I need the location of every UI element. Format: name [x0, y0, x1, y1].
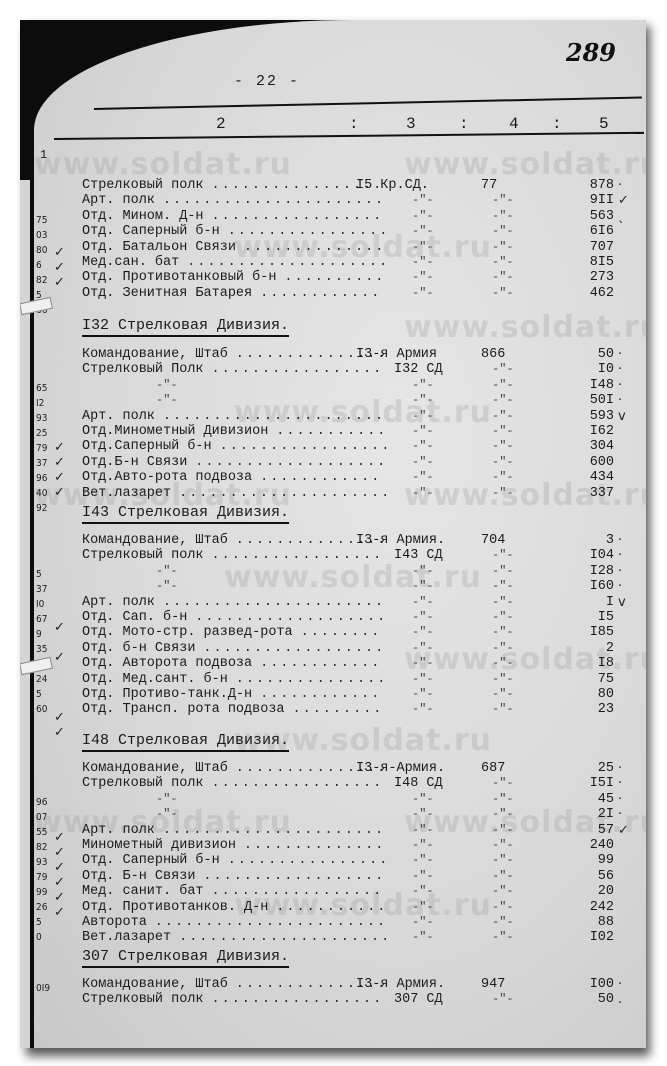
record-count: I02 [564, 930, 614, 945]
army-division: -"- [412, 595, 434, 610]
section-title: I43 Стрелковая Дивизия. [82, 504, 289, 524]
field-post-number: -"- [492, 486, 514, 501]
army-division: -"- [412, 807, 434, 822]
unit-name: -"- [156, 807, 178, 822]
record-count: 240 [564, 838, 614, 853]
record-count: I8 [564, 656, 614, 671]
margin-number: 37 [36, 458, 47, 469]
army-division: -"- [412, 470, 434, 485]
unit-name: Отд. Авторота подвоза [82, 656, 252, 671]
army-division: -"- [412, 838, 434, 853]
margin-check-icon: ✓ [54, 440, 65, 455]
unit-name: Арт. полк [82, 409, 155, 424]
leader-dots: ................. [212, 884, 384, 899]
table-row: -"--"--"-I28· [34, 564, 646, 579]
margin-check-icon: ✓ [54, 710, 65, 725]
leader-dots: ............ [260, 656, 381, 671]
army-division: -"- [412, 930, 434, 945]
table-row: Отд. Противо-танк.Д-н............-"--"-8… [34, 687, 646, 702]
table-row: Мед.сан. бат....................-"--"-8I… [34, 255, 646, 270]
field-post-number: -"- [492, 595, 514, 610]
unit-name: Отд. Трансп. рота подвоза [82, 702, 285, 717]
table-row: Отд. Мото-стр. развед-рота........-"--"-… [34, 625, 646, 640]
margin-number: 92 [36, 503, 47, 514]
unit-name: Арт. полк [82, 595, 155, 610]
field-post-number: -"- [492, 240, 514, 255]
record-count: I48 [564, 378, 614, 393]
leader-dots: ............ [260, 687, 381, 702]
field-post-number: -"- [492, 687, 514, 702]
table-row: Отд. Противотанков. Д-н...........-"--"-… [34, 900, 646, 915]
table-row: Минометный дивизион..............-"--"-2… [34, 838, 646, 853]
field-post-number: -"- [492, 393, 514, 408]
column-header-2: 2 [216, 115, 226, 133]
army-division: I3-я Армия. [356, 533, 445, 548]
tick-mark: · [618, 977, 622, 992]
army-division: -"- [412, 915, 434, 930]
record-count: I62 [564, 424, 614, 439]
leader-dots: ............... [236, 672, 388, 687]
record-count: 8I5 [564, 255, 614, 270]
record-count: 304 [564, 439, 614, 454]
margin-check-icon: ✓ [54, 275, 65, 290]
unit-name: Стрелковый Полк [82, 362, 204, 377]
record-count: 25 [564, 761, 614, 776]
leader-dots: ...................... [163, 823, 385, 838]
unit-name: Командование, Штаб [82, 347, 228, 362]
army-division: -"- [412, 641, 434, 656]
army-division: -"- [412, 792, 434, 807]
field-post-number: -"- [492, 455, 514, 470]
leader-dots: ........ [301, 625, 382, 640]
army-division: -"- [412, 439, 434, 454]
field-post-number: -"- [492, 641, 514, 656]
leader-dots: ..................... [179, 930, 391, 945]
margin-number: 0 [36, 932, 42, 943]
field-post-number: -"- [492, 930, 514, 945]
record-count: 75 [564, 672, 614, 687]
army-division: 307 СД [394, 992, 443, 1007]
field-post-number: -"- [492, 610, 514, 625]
tick-mark: v [618, 409, 626, 424]
table-row: Отд. Мед.сант. б-н...............-"--"-7… [34, 672, 646, 687]
leader-dots: ................. [212, 362, 384, 377]
column-separator: : [349, 115, 359, 133]
leader-dots: ................ [228, 224, 390, 239]
army-division: I48 СД [394, 776, 443, 791]
table-row: Стрелковый полк.................I43 СД-"… [34, 548, 646, 563]
army-division: I43 СД [394, 548, 443, 563]
tick-mark: ✓ [618, 823, 629, 838]
table-row: Отд. Мином. Д-н.................-"--"-56… [34, 209, 646, 224]
margin-number: I2 [36, 398, 44, 409]
unit-name: Отд. Мед.сант. б-н [82, 672, 228, 687]
field-post-number: -"- [492, 992, 514, 1007]
leader-dots: ...................... [163, 409, 385, 424]
unit-name: Арт. полк [82, 823, 155, 838]
field-post-number: -"- [492, 853, 514, 868]
field-post-number: -"- [492, 270, 514, 285]
tick-mark: v [618, 595, 626, 610]
field-post-number: -"- [492, 807, 514, 822]
record-count: 6I6 [564, 224, 614, 239]
margin-number: 96 [36, 473, 47, 484]
record-count: 80 [564, 687, 614, 702]
record-count: 563 [564, 209, 614, 224]
table-row: Отд.Б-н Связи...................-"--"-60… [34, 455, 646, 470]
margin-number: 0I9 [36, 983, 50, 994]
table-row: Арт. полк......................-"--"-57✓ [34, 823, 646, 838]
table-row: Отд. Зенитная Батарея............-"--"-4… [34, 286, 646, 301]
unit-name: Отд. Саперный б-н [82, 853, 220, 868]
record-count: 50I [564, 393, 614, 408]
field-post-number: -"- [492, 439, 514, 454]
margin-number: 79 [36, 443, 47, 454]
margin-check-icon: ✓ [54, 830, 65, 845]
leader-dots: ................ [228, 853, 390, 868]
margin-number: 6 [36, 260, 42, 271]
army-division: -"- [412, 610, 434, 625]
army-division: I32 СД [394, 362, 443, 377]
table-row: Отд. Трансп. рота подвоза.........-"--"-… [34, 702, 646, 717]
field-post-number: 687 [481, 761, 505, 776]
army-division: -"- [412, 240, 434, 255]
margin-check-icon: ✓ [54, 470, 65, 485]
unit-name: Отд. Саперный б-н [82, 224, 220, 239]
leader-dots: ......... [293, 702, 384, 717]
unit-name: -"- [156, 792, 178, 807]
section-title: I48 Стрелковая Дивизия. [82, 732, 289, 752]
record-count: 273 [564, 270, 614, 285]
column-separator: : [552, 115, 562, 133]
army-division: -"- [412, 672, 434, 687]
unit-name: Стрелковый полк [82, 178, 204, 193]
tick-mark: · [618, 564, 622, 579]
table-row: Отд. Саперный б-н................-"--"-6… [34, 224, 646, 239]
leader-dots: .............. [244, 838, 385, 853]
margin-number: 9 [36, 629, 42, 640]
unit-name: -"- [156, 579, 178, 594]
field-post-number: -"- [492, 869, 514, 884]
column-header-3: 3 [406, 115, 416, 133]
record-count: 23 [564, 702, 614, 717]
table-row: Стрелковый полк.................I5 Кр.СД… [34, 178, 646, 193]
table-row: Отд. Саперный б-н................-"--"-9… [34, 853, 646, 868]
record-count: I28 [564, 564, 614, 579]
record-count: I00 [564, 977, 614, 992]
unit-name: Командование, Штаб [82, 977, 228, 992]
leader-dots: ................. [212, 548, 384, 563]
section-title: 307 Стрелковая Дивизия. [82, 948, 289, 968]
unit-name: Стрелковый полк [82, 548, 204, 563]
field-post-number: -"- [492, 255, 514, 270]
field-post-number: -"- [492, 672, 514, 687]
margin-number: 07 [36, 812, 47, 823]
army-division: -"- [412, 378, 434, 393]
field-post-number: -"- [492, 702, 514, 717]
army-division: I3-я Армия [356, 347, 437, 362]
field-post-number: 704 [481, 533, 505, 548]
tick-mark: · [618, 378, 622, 393]
army-division: -"- [412, 455, 434, 470]
margin-number: 03 [36, 230, 47, 241]
tick-mark: · [618, 347, 622, 362]
army-division: I3-я-Армия. [356, 761, 445, 776]
margin-check-icon: ✓ [54, 620, 65, 635]
margin-number: 93 [36, 857, 47, 868]
unit-name: Отд.Саперный б-н [82, 439, 212, 454]
unit-name: Арт. полк [82, 193, 155, 208]
leader-dots: .................. [203, 869, 385, 884]
margin-number: 99 [36, 887, 47, 898]
record-count: 99 [564, 853, 614, 868]
table-row: Отд.Саперный б-н.................-"--"-3… [34, 439, 646, 454]
table-row: -"--"--"-2I· [34, 807, 646, 822]
record-count: 434 [564, 470, 614, 485]
army-division: I5 Кр.СД. [356, 178, 429, 193]
record-count: I0 [564, 362, 614, 377]
record-count: I60 [564, 579, 614, 594]
table-row: Арт. полк......................-"--"-9II… [34, 193, 646, 208]
margin-number: 5 [36, 917, 42, 928]
unit-name: Отд. Мото-стр. развед-рота [82, 625, 293, 640]
margin-number: 55 [36, 827, 47, 838]
table-row: Арт. полк......................-"--"-Iv [34, 595, 646, 610]
leader-dots: .......... [284, 270, 385, 285]
leader-dots: .................. [203, 641, 385, 656]
record-count: 878 [564, 178, 614, 193]
table-row: Мед. санит. бат.................-"--"-20 [34, 884, 646, 899]
leader-dots: ........... [276, 424, 387, 439]
record-count: 20 [564, 884, 614, 899]
margin-number: 60 [36, 704, 47, 715]
table-row: Арт. полк......................-"--"-593… [34, 409, 646, 424]
record-count: 3 [564, 533, 614, 548]
record-count: 242 [564, 900, 614, 915]
margin-check-icon: ✓ [54, 725, 65, 740]
leader-dots: ................... [195, 455, 387, 470]
unit-name: Отд. Мином. Д-н [82, 209, 204, 224]
table-row: Авторота.......................-"--"-88 [34, 915, 646, 930]
section-title: I32 Стрелковая Дивизия. [82, 317, 289, 337]
margin-number: 80 [36, 245, 47, 256]
field-post-number: -"- [492, 224, 514, 239]
tick-mark: · [618, 792, 622, 807]
field-post-number: 866 [481, 347, 505, 362]
field-post-number: -"- [492, 656, 514, 671]
record-count: 593 [564, 409, 614, 424]
table-row: -"--"--"-45· [34, 792, 646, 807]
unit-name: Стрелковый полк [82, 776, 204, 791]
unit-name: Отд. Сап. б-н [82, 610, 187, 625]
margin-check-icon: ✓ [54, 875, 65, 890]
record-count: 337 [564, 486, 614, 501]
column-header-5: 5 [599, 115, 609, 133]
tick-mark: · [618, 533, 622, 548]
army-division: -"- [412, 270, 434, 285]
watermark: www.soldat.ru [404, 310, 646, 345]
margin-check-icon: ✓ [54, 845, 65, 860]
unit-name: Отд. Противо-танк.Д-н [82, 687, 252, 702]
unit-name: Отд. б-н Связи [82, 641, 195, 656]
leader-dots: ...................... [163, 193, 385, 208]
table-row: Отд. Б-н Связи..................-"--"-56 [34, 869, 646, 884]
margin-number: 82 [36, 275, 47, 286]
table-row: Отд.Авто-рота подвоза............-"--"-4… [34, 470, 646, 485]
margin-check-icon: ✓ [54, 260, 65, 275]
archive-photo: 289 - 22 - 1 2 : 3 : 4 : 5 www.soldat.ru… [20, 20, 646, 1048]
table-row: -"--"--"-50I· [34, 393, 646, 408]
army-division: -"- [412, 687, 434, 702]
leader-dots: ................. [212, 209, 384, 224]
record-count: 45 [564, 792, 614, 807]
record-count: 2I [564, 807, 614, 822]
margin-number: 24 [36, 674, 47, 685]
leader-dots: ..................... [179, 486, 391, 501]
column-header-4: 4 [509, 115, 519, 133]
leader-dots: ................. [212, 992, 384, 1007]
margin-number: 82 [36, 842, 47, 853]
record-count: I5 [564, 610, 614, 625]
margin-number: 75 [36, 215, 47, 226]
table-row: Стрелковый полк.................I48 СД-"… [34, 776, 646, 791]
army-division: -"- [412, 393, 434, 408]
army-division: -"- [412, 884, 434, 899]
margin-number: 5 [36, 689, 42, 700]
header-rule-top [94, 97, 642, 110]
tick-mark: . [618, 992, 622, 1007]
army-division: -"- [412, 193, 434, 208]
leader-dots: .................... [187, 255, 389, 270]
field-post-number: 947 [481, 977, 505, 992]
table-row: Отд. Сап. б-н...................-"--"-I5 [34, 610, 646, 625]
watermark: www.soldat.ru [34, 147, 292, 182]
army-division: -"- [412, 255, 434, 270]
table-row: Командование, Штаб...............I3-я Ар… [34, 347, 646, 362]
margin-number: 67 [36, 614, 47, 625]
tick-mark: · [618, 776, 622, 791]
margin-check-icon: ✓ [54, 485, 65, 500]
field-post-number: -"- [492, 470, 514, 485]
field-post-number: -"- [492, 900, 514, 915]
record-count: 9II [564, 193, 614, 208]
record-count: 57 [564, 823, 614, 838]
army-division: -"- [412, 424, 434, 439]
unit-name: Вет.лазарет [82, 930, 171, 945]
record-count: I85 [564, 625, 614, 640]
field-post-number: -"- [492, 362, 514, 377]
field-post-number: -"- [492, 424, 514, 439]
watermark: www.soldat.ru [404, 147, 646, 182]
field-post-number: -"- [492, 776, 514, 791]
table-row: Командование, Штаб...............I3-я Ар… [34, 533, 646, 548]
margin-number: 93 [36, 413, 47, 424]
table-row: Стрелковый полк.................307 СД-"… [34, 992, 646, 1007]
field-post-number: -"- [492, 579, 514, 594]
army-division: -"- [412, 900, 434, 915]
leader-dots: ....................... [155, 915, 387, 930]
field-post-number: -"- [492, 548, 514, 563]
unit-name: Отд.Авто-рота подвоза [82, 470, 252, 485]
unit-name: -"- [156, 564, 178, 579]
field-post-number: 77 [481, 178, 497, 193]
table-row: Командование, Штаб...............I3-я Ар… [34, 977, 646, 992]
margin-number: 40 [36, 488, 47, 499]
leader-dots: ................. [212, 776, 384, 791]
unit-name: Отд. Батальон Связи [82, 240, 236, 255]
page-number: - 22 - [234, 73, 300, 90]
table-row: Отд. Авторота подвоза............-"--"-I… [34, 656, 646, 671]
margin-check-icon: ✓ [54, 650, 65, 665]
army-division: -"- [412, 564, 434, 579]
record-count: 600 [564, 455, 614, 470]
army-division: -"- [412, 823, 434, 838]
army-division: -"- [412, 486, 434, 501]
margin-number: 25 [36, 428, 47, 439]
leader-dots: ............ [260, 470, 381, 485]
leader-dots: ................... [195, 610, 387, 625]
unit-name: Минометный дивизион [82, 838, 236, 853]
field-post-number: -"- [492, 625, 514, 640]
army-division: I3-я Армия. [356, 977, 445, 992]
table-row: Командование, Штаб...............I3-я-Ар… [34, 761, 646, 776]
margin-number: 79 [36, 872, 47, 883]
tick-mark: · [618, 362, 622, 377]
field-post-number: -"- [492, 378, 514, 393]
record-count: I [564, 595, 614, 610]
field-post-number: -"- [492, 193, 514, 208]
table-row: Вет.лазарет.....................-"--"-33… [34, 486, 646, 501]
field-post-number: -"- [492, 915, 514, 930]
tick-mark: · [618, 178, 622, 193]
unit-name: Отд. Противотанковый б-н [82, 270, 276, 285]
margin-number: 96 [36, 797, 47, 808]
tick-mark: · [618, 807, 622, 822]
field-post-number: -"- [492, 409, 514, 424]
document-page: 289 - 22 - 1 2 : 3 : 4 : 5 www.soldat.ru… [34, 20, 646, 1048]
table-row: Вет.лазарет.....................-"--"-I0… [34, 930, 646, 945]
margin-check-icon: ✓ [54, 245, 65, 260]
margin-number: 65 [36, 383, 47, 394]
header-rule-bottom [54, 132, 644, 140]
table-row: Отд. Противотанковый б-н..........-"--"-… [34, 270, 646, 285]
unit-name: -"- [156, 393, 178, 408]
army-division: -"- [412, 625, 434, 640]
field-post-number: -"- [492, 792, 514, 807]
unit-name: Отд. Противотанков. Д-н [82, 900, 268, 915]
table-row: Отд.Минометный Дивизион...........-"--"-… [34, 424, 646, 439]
record-count: 707 [564, 240, 614, 255]
margin-check-icon: ✓ [54, 860, 65, 875]
field-post-number: -"- [492, 838, 514, 853]
army-division: -"- [412, 286, 434, 301]
unit-name: Мед. санит. бат [82, 884, 204, 899]
table-row: Стрелковый Полк.................I32 СД-"… [34, 362, 646, 377]
margin-number: 26 [36, 902, 47, 913]
unit-name: Отд. Зенитная Батарея [82, 286, 252, 301]
army-division: -"- [412, 224, 434, 239]
field-post-number: -"- [492, 209, 514, 224]
margin-number: 5 [36, 569, 42, 580]
army-division: -"- [412, 853, 434, 868]
leader-dots: ...................... [163, 595, 385, 610]
field-post-number: -"- [492, 884, 514, 899]
unit-name: Командование, Штаб [82, 533, 228, 548]
tick-mark: ˎ [618, 209, 625, 224]
unit-name: Мед.сан. бат [82, 255, 179, 270]
table-row: Отд. Батальон Связи..............-"--"-7… [34, 240, 646, 255]
record-count: 56 [564, 869, 614, 884]
